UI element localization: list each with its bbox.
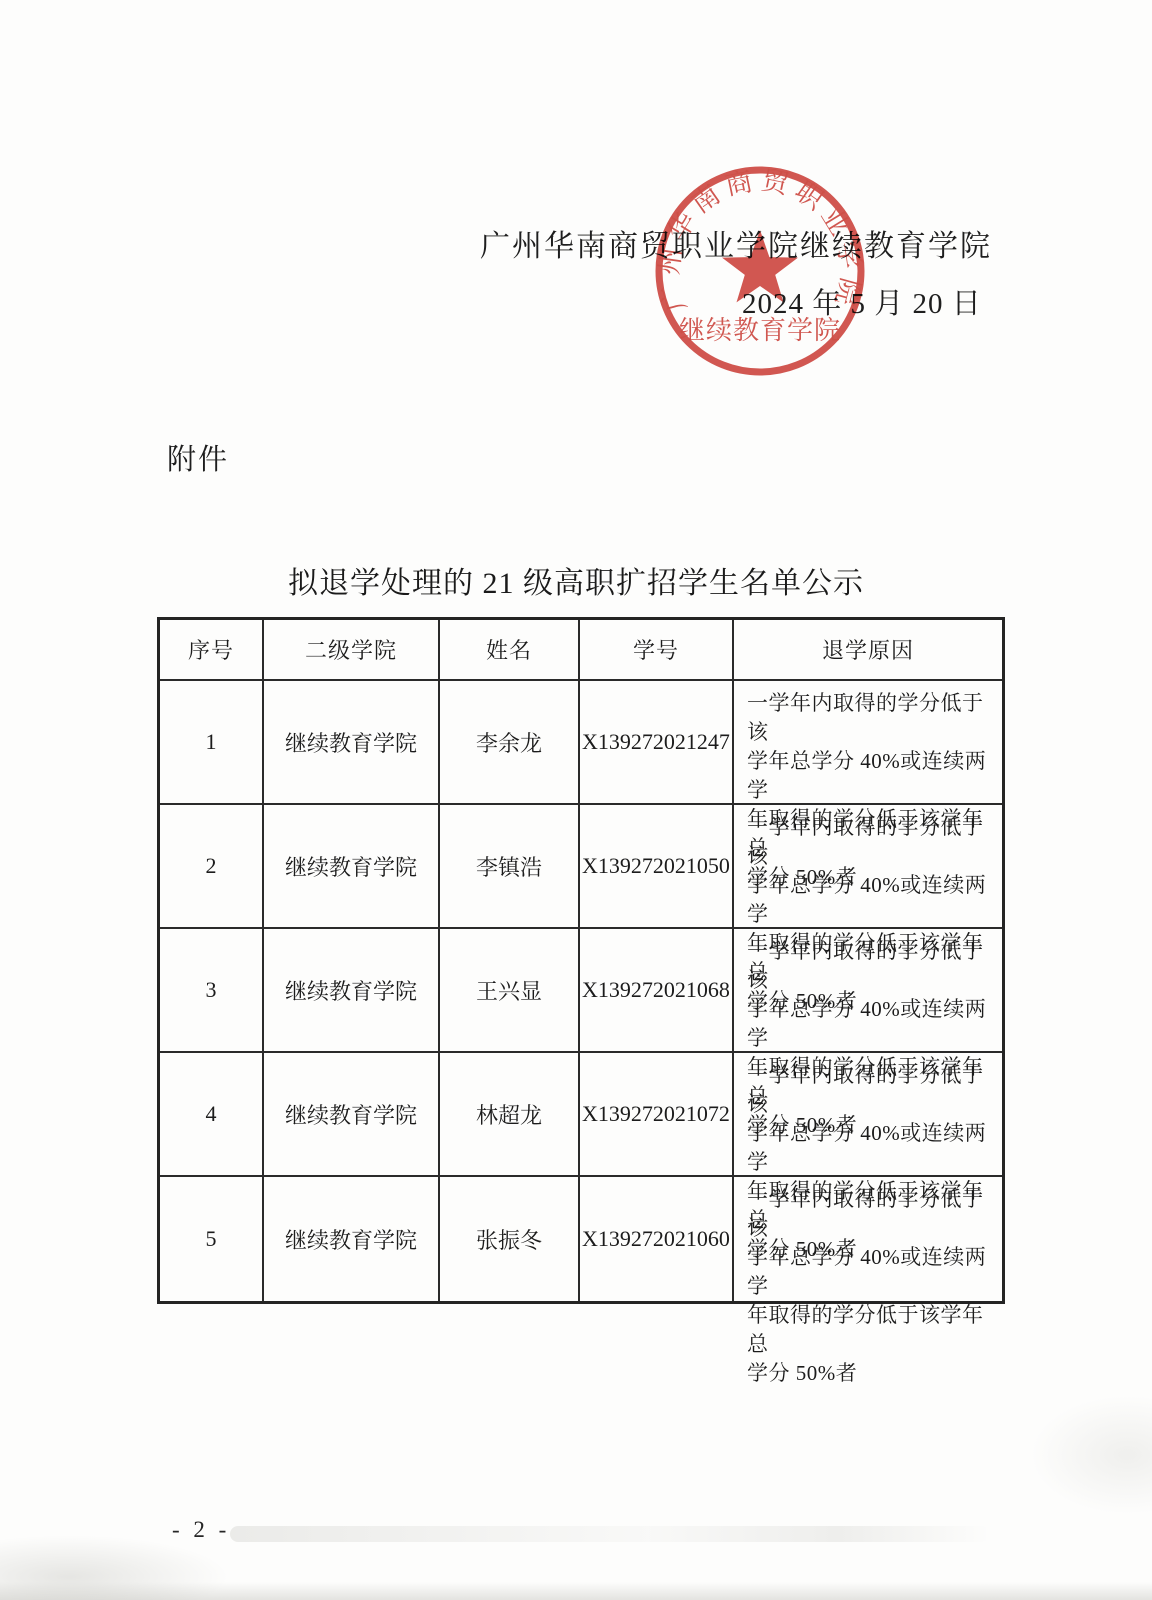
reason-line: 年取得的学分低于该学年总 bbox=[747, 1301, 996, 1359]
header-cell-student-id: 学号 bbox=[580, 620, 734, 681]
header-cell-reason: 退学原因 bbox=[734, 620, 1002, 681]
cell-reason: 一学年内取得的学分低于该 学年总学分 40%或连续两学 年取得的学分低于该学年总… bbox=[734, 805, 1002, 929]
reason-line: 学年总学分 40%或连续两学 bbox=[747, 747, 996, 805]
cell-reason: 一学年内取得的学分低于该 学年总学分 40%或连续两学 年取得的学分低于该学年总… bbox=[734, 929, 1002, 1053]
cell-name: 王兴显 bbox=[440, 929, 580, 1053]
header-cell-no: 序号 bbox=[160, 620, 264, 681]
scan-artifact bbox=[0, 1582, 1152, 1600]
cell-name: 李余龙 bbox=[440, 681, 580, 805]
cell-name: 林超龙 bbox=[440, 1053, 580, 1177]
reason-line: 学年总学分 40%或连续两学 bbox=[747, 1243, 996, 1301]
cell-reason: 一学年内取得的学分低于该 学年总学分 40%或连续两学 年取得的学分低于该学年总… bbox=[734, 1053, 1002, 1177]
cell-name: 张振冬 bbox=[440, 1177, 580, 1301]
reason-line: 一学年内取得的学分低于该 bbox=[747, 1061, 996, 1119]
cell-college: 继续教育学院 bbox=[264, 1177, 440, 1301]
scan-artifact bbox=[230, 1526, 990, 1542]
cell-student-id: X139272021060 bbox=[580, 1177, 734, 1301]
scanned-document-page: 广州华南商贸职业学院继续教育学院 2024 年 5 月 20 日 广州华南商贸职… bbox=[0, 0, 1152, 1600]
reason-line: 学年总学分 40%或连续两学 bbox=[747, 995, 996, 1053]
scan-artifact bbox=[1030, 1395, 1152, 1515]
seal-star-icon bbox=[722, 230, 798, 302]
official-seal-stamp: 广州华南商贸职业学院 继续教育学院 bbox=[648, 159, 872, 383]
cell-college: 继续教育学院 bbox=[264, 681, 440, 805]
cell-no: 1 bbox=[160, 681, 264, 805]
reason-line: 一学年内取得的学分低于该 bbox=[747, 937, 996, 995]
cell-student-id: X139272021050 bbox=[580, 805, 734, 929]
header-cell-college: 二级学院 bbox=[264, 620, 440, 681]
attachment-label: 附件 bbox=[167, 437, 229, 478]
header-cell-name: 姓名 bbox=[440, 620, 580, 681]
cell-no: 3 bbox=[160, 929, 264, 1053]
cell-college: 继续教育学院 bbox=[264, 805, 440, 929]
cell-college: 继续教育学院 bbox=[264, 929, 440, 1053]
reason-line: 一学年内取得的学分低于该 bbox=[747, 813, 996, 871]
reason-line: 学年总学分 40%或连续两学 bbox=[747, 1119, 996, 1177]
reason-line: 学年总学分 40%或连续两学 bbox=[747, 871, 996, 929]
reason-line: 一学年内取得的学分低于该 bbox=[747, 1185, 996, 1243]
cell-reason: 一学年内取得的学分低于该 学年总学分 40%或连续两学 年取得的学分低于该学年总… bbox=[734, 681, 1002, 805]
cell-no: 2 bbox=[160, 805, 264, 929]
table-title: 拟退学处理的 21 级高职扩招学生名单公示 bbox=[0, 558, 1152, 602]
reason-line: 学分 50%者 bbox=[747, 1359, 857, 1388]
cell-name: 李镇浩 bbox=[440, 805, 580, 929]
seal-bottom-text: 继续教育学院 bbox=[679, 316, 841, 345]
cell-no: 5 bbox=[160, 1177, 264, 1301]
cell-no: 4 bbox=[160, 1053, 264, 1177]
notice-table: 序号 二级学院 姓名 学号 退学原因 1 继续教育学院 李余龙 X1392720… bbox=[157, 617, 1005, 1304]
reason-line: 一学年内取得的学分低于该 bbox=[747, 689, 996, 747]
cell-student-id: X139272021068 bbox=[580, 929, 734, 1053]
cell-student-id: X139272021247 bbox=[580, 681, 734, 805]
cell-college: 继续教育学院 bbox=[264, 1053, 440, 1177]
cell-student-id: X139272021072 bbox=[580, 1053, 734, 1177]
cell-reason: 一学年内取得的学分低于该 学年总学分 40%或连续两学 年取得的学分低于该学年总… bbox=[734, 1177, 1002, 1301]
